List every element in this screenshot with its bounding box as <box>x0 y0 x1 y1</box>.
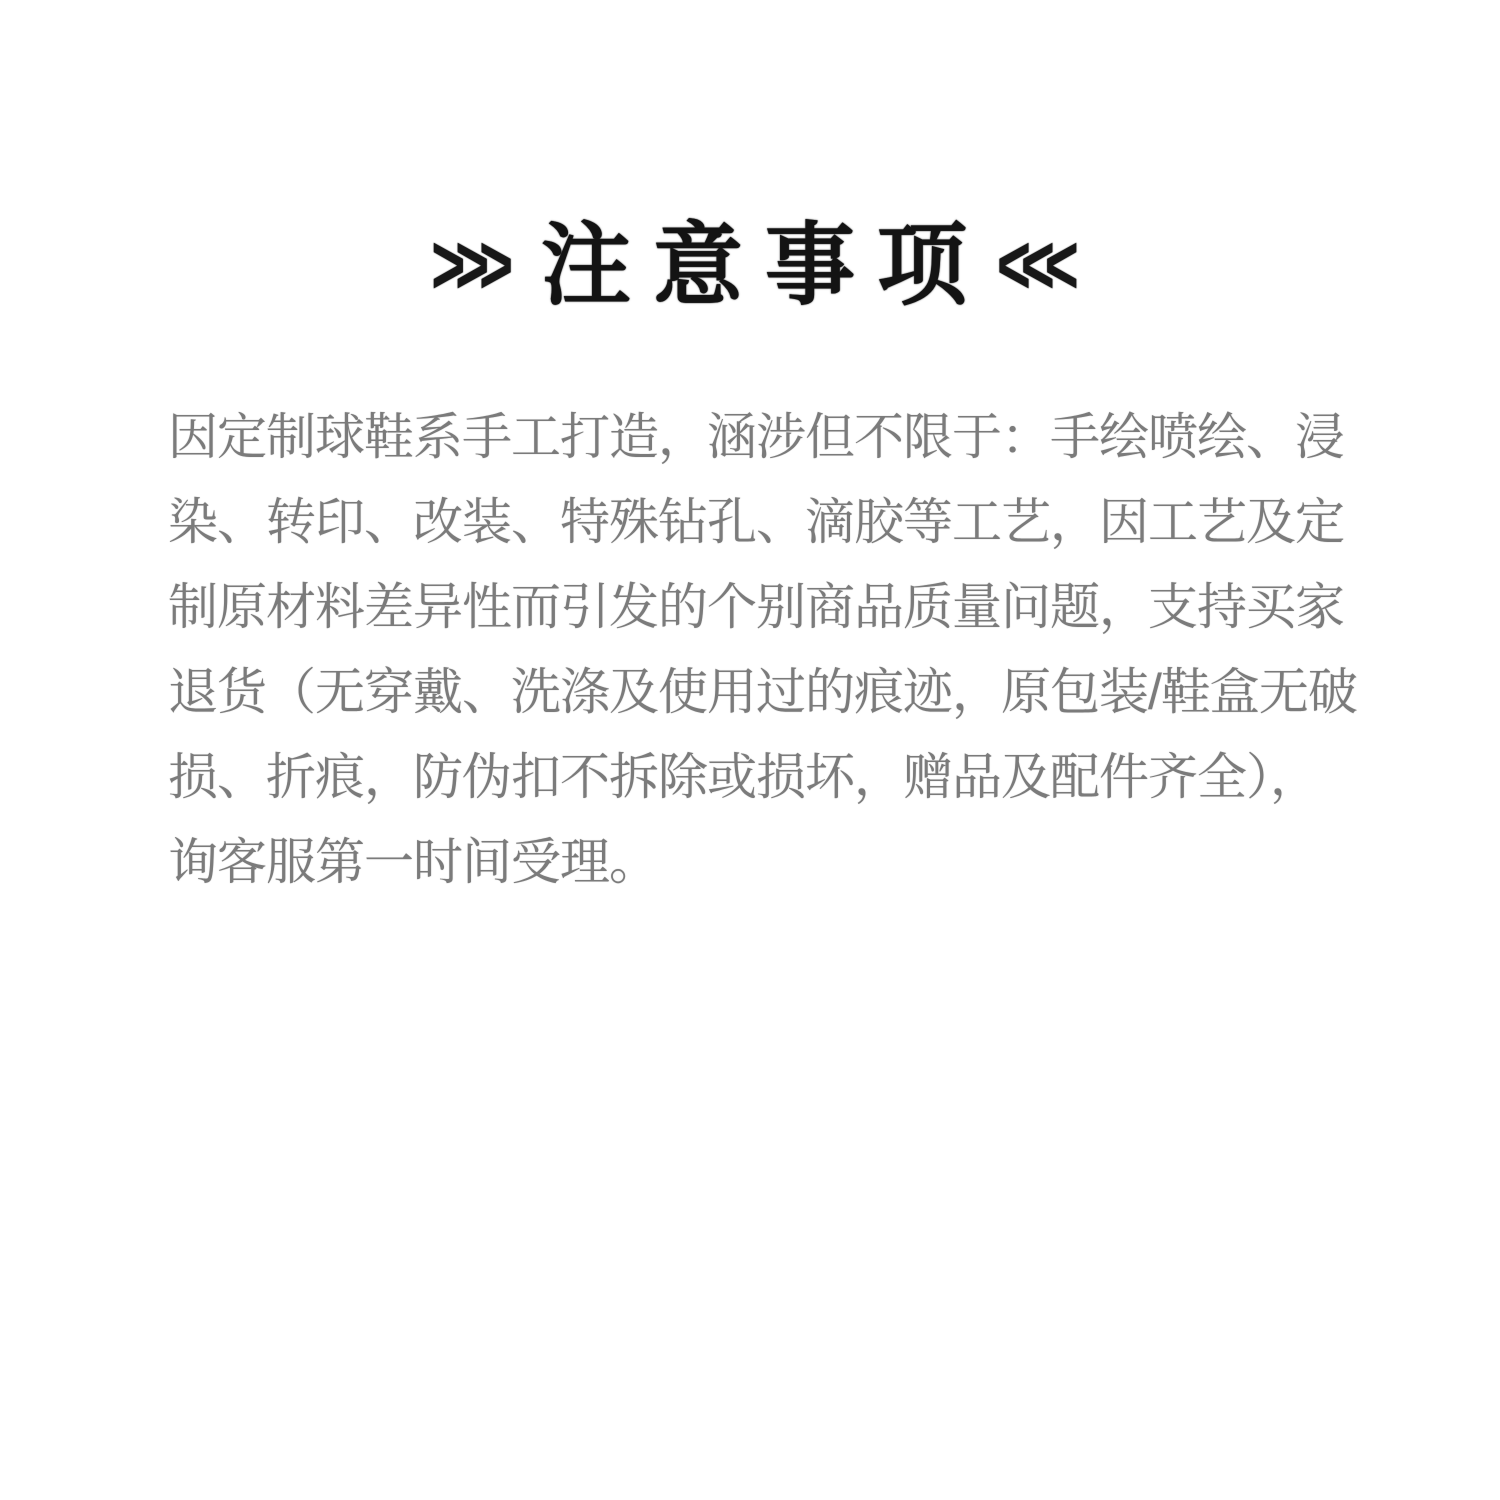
notice-line: 退货（无穿戴、洗涤及使用过的痕迹，原包装/鞋盒无破 <box>168 650 1353 735</box>
page-title: 注意事项 <box>541 221 989 311</box>
notice-body: 因定制球鞋系手工打造，涵涉但不限于：手绘喷绘、浸 染、转印、改装、特殊钻孔、滴胶… <box>168 395 1353 905</box>
notice-page: >>> 注意事项 <<< 因定制球鞋系手工打造，涵涉但不限于：手绘喷绘、浸 染、… <box>0 0 1500 1500</box>
chevrons-left-icon: <<< <box>995 224 1069 308</box>
notice-line: 制原材料差异性而引发的个别商品质量问题，支持买家 <box>168 565 1353 650</box>
notice-line: 因定制球鞋系手工打造，涵涉但不限于：手绘喷绘、浸 <box>168 395 1353 480</box>
notice-line: 损、折痕，防伪扣不拆除或损坏，赠品及配件齐全）， <box>168 735 1353 820</box>
chevrons-right-icon: >>> <box>431 224 513 308</box>
notice-line: 染、转印、改装、特殊钻孔、滴胶等工艺，因工艺及定 <box>168 480 1353 565</box>
notice-title-row: >>> 注意事项 <<< <box>0 216 1500 316</box>
notice-line: 询客服第一时间受理。 <box>168 820 1353 905</box>
